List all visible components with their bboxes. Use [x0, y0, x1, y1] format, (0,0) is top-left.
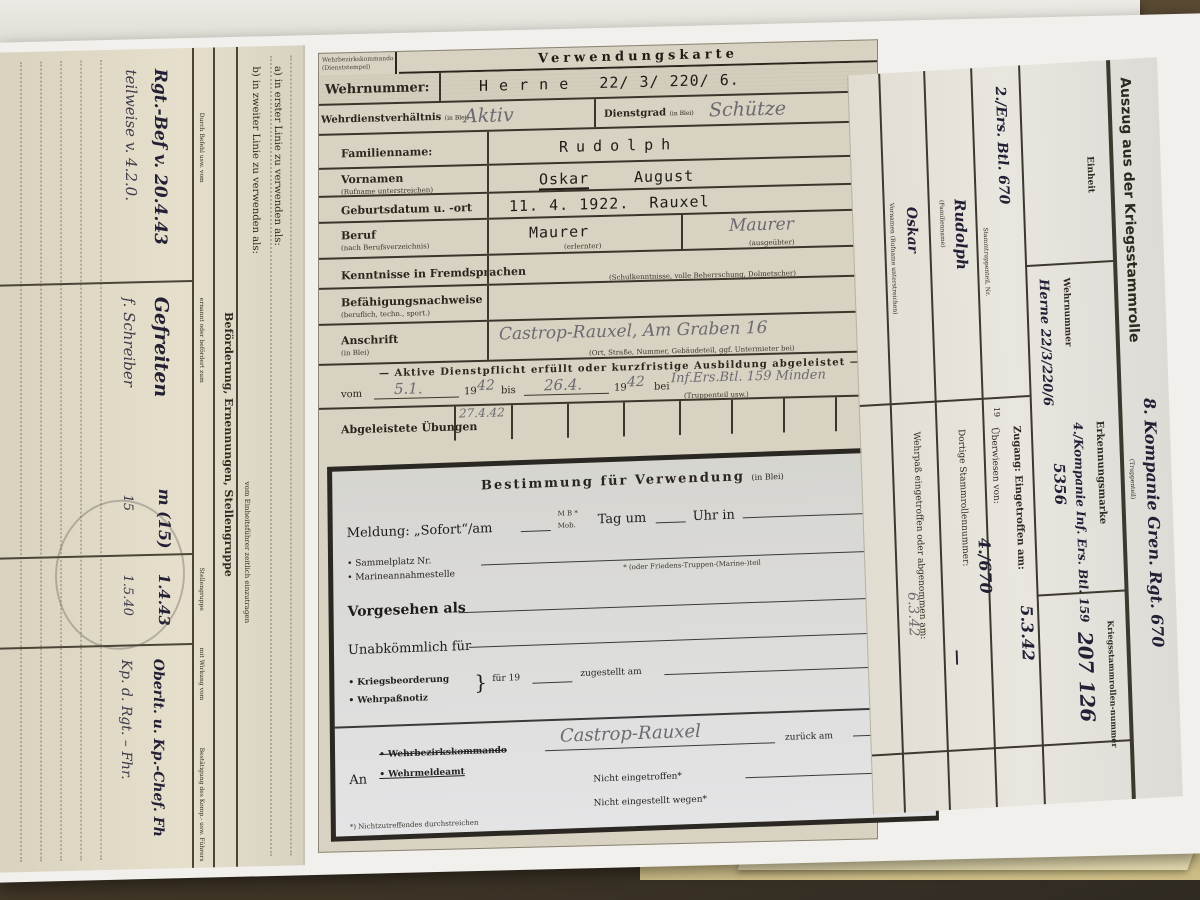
- intended-as-label: Vorgesehen als: [347, 600, 465, 620]
- service-from: 5.1.: [394, 379, 423, 398]
- given-name-second: August: [634, 167, 694, 186]
- col-effective: mit Wirkung vom: [198, 648, 205, 701]
- col-promoted-to: ernannt oder befördert zum: [198, 298, 205, 383]
- occupation-practiced: Maurer: [729, 214, 794, 236]
- birth-value: 11. 4. 1922. Rauxel: [509, 192, 710, 215]
- indispensable-label: Unabkömmlich für: [348, 639, 471, 658]
- promotions-heading: Beförderung, Ernennungen, Stellengruppe: [222, 312, 235, 577]
- col-pay-group: Stellengruppe: [198, 568, 205, 611]
- roll-number-value: 207 126: [1073, 631, 1100, 723]
- wehrpass-date: 6.3.42: [904, 592, 922, 637]
- parent-unit-value: 2./Ers. Btl. 670: [992, 86, 1012, 205]
- service-unit: Inf.Ers.Btl. 159 Minden: [671, 367, 826, 386]
- address-value: Castrop-Rauxel, Am Graben 16: [499, 318, 767, 345]
- order-entry-1: Rgt.-Bef v. 20.4.43: [150, 69, 170, 246]
- col-by-order: Durch Befehl usw. vom: [198, 113, 205, 183]
- unit-value: 8. Kompanie Gren. Rgt. 670: [1140, 397, 1168, 648]
- service-to: 26.4.: [544, 375, 582, 394]
- right-wehrnummer-value: Herne 22/3/220/6: [1036, 279, 1055, 407]
- rank-value: Schütze: [709, 97, 786, 121]
- rank-entry: Gefreiten: [150, 296, 172, 397]
- assignment-title: Bestimmung für Verwendung (in Blei): [332, 463, 932, 499]
- exercise-1: 27.4.42: [459, 405, 505, 420]
- given-name-primary: Oskar: [539, 169, 589, 190]
- extract-title: Auszug aus der Kriegsstammrolle: [1117, 77, 1142, 343]
- assignment-box: Bestimmung für Verwendung (in Blei) Meld…: [327, 446, 939, 842]
- district-command-value: Castrop-Rauxel: [560, 721, 701, 747]
- usage-line-a: a) in erster Linie zu verwenden als:: [272, 66, 283, 246]
- usage-line-b: b) in zweiter Linie zu verwenden als:: [250, 66, 261, 254]
- transferred-from: 4./670: [975, 537, 996, 594]
- district-command-option: • Wehrbezirkskommando: [379, 746, 507, 760]
- promotions-card: a) in erster Linie zu verwenden als: b) …: [0, 45, 305, 872]
- promotions-note: vom Einheitsführer zeitlich einzutragen: [243, 482, 251, 624]
- service-to-year: 42: [627, 374, 645, 390]
- service-status-value: Aktiv: [464, 104, 514, 127]
- registration-office-option: • Wehrmeldeamt: [379, 767, 465, 780]
- id-tag-number: 5356: [1050, 463, 1069, 506]
- official-stamp: [55, 498, 185, 651]
- previous-roll-number: —: [948, 649, 968, 666]
- confirmation-2: Kp. d. Rgt. – Fhr.: [118, 659, 134, 779]
- footnote: *) Nichtzutreffendes durchstreichen: [350, 819, 479, 831]
- stamp-box: Wehrbezirkskommando (Dienststempel): [319, 52, 397, 76]
- order-entry-2: teilweise v. 4.2.0.: [122, 69, 140, 201]
- wehrnummer-value: H e r n e 22/ 3/ 220/ 6.: [479, 71, 740, 95]
- verwendungskarte: Wehrbezirkskommando (Dienststempel) Verw…: [318, 39, 878, 853]
- report-label: Meldung: „Sofort“/am: [347, 521, 493, 541]
- occupation-learned: Maurer: [529, 222, 589, 241]
- kriegsstammrolle-card: Auszug aus der Kriegsstammrolle Einheit …: [847, 57, 1183, 814]
- surname-value: Rudolph: [559, 135, 678, 156]
- confirmation-1: Oberlt. u. Kp.-Chef. Fh: [150, 659, 166, 837]
- arrival-date: 5.3.42: [1017, 605, 1038, 662]
- col-confirmation: Bestätigung des Komp.- usw. Führers: [198, 748, 205, 862]
- service-from-year: 42: [477, 378, 495, 394]
- right-given-name-value: Oskar: [903, 206, 921, 253]
- rank-note: f. Schreiber: [120, 297, 138, 387]
- binder-page: a) in erster Linie zu verwenden als: b) …: [0, 13, 1200, 882]
- right-surname-value: Rudolph: [951, 198, 971, 270]
